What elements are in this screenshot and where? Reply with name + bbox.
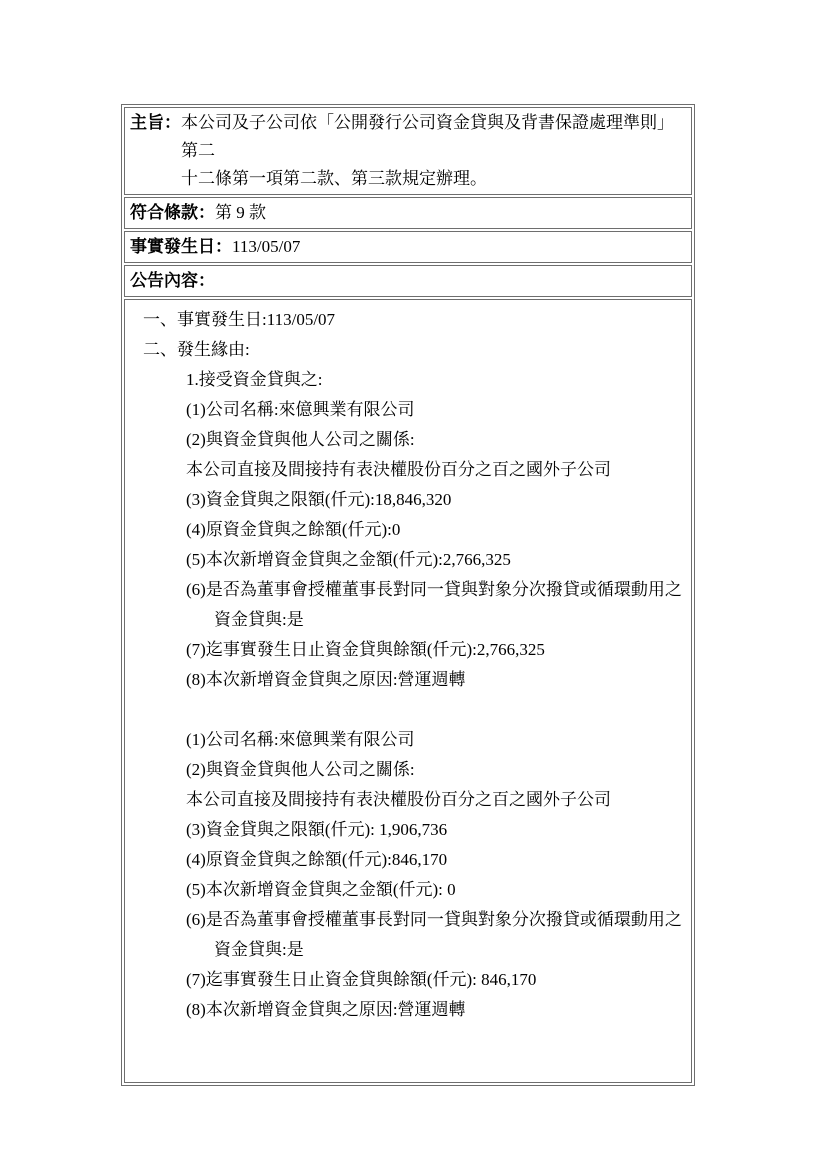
content-line: (2)與資金貸與他人公司之關係: — [130, 425, 686, 455]
content-line: (8)本次新增資金貸與之原因:營運週轉 — [130, 665, 686, 695]
matched-clause-value: 第 9 款 — [215, 203, 266, 222]
content-line: 資金貸與:是 — [130, 935, 686, 965]
content-line: (6)是否為董事會授權董事長對同一貸與對象分次撥貸或循環動用之 — [130, 575, 686, 605]
subject-label: 主旨： — [130, 109, 181, 193]
content-line — [130, 695, 686, 725]
content-line: (8)本次新增資金貸與之原因:營運週轉 — [130, 995, 686, 1025]
content-line: (6)是否為董事會授權董事長對同一貸與對象分次撥貸或循環動用之 — [130, 905, 686, 935]
content-line: (3)資金貸與之限額(仟元): 1,906,736 — [130, 815, 686, 845]
content-line: 一、事實發生日:113/05/07 — [130, 305, 686, 335]
content-line: (1)公司名稱:來億興業有限公司 — [130, 395, 686, 425]
content-line: 本公司直接及間接持有表決權股份百分之百之國外子公司 — [130, 785, 686, 815]
matched-clause-row: 符合條款：第 9 款 — [124, 197, 692, 229]
content-line: (3)資金貸與之限額(仟元):18,846,320 — [130, 485, 686, 515]
content-line: (7)迄事實發生日止資金貸與餘額(仟元):2,766,325 — [130, 635, 686, 665]
content-line: 資金貸與:是 — [130, 605, 686, 635]
matched-clause-label: 符合條款： — [130, 203, 215, 222]
content-line: (5)本次新增資金貸與之金額(仟元):2,766,325 — [130, 545, 686, 575]
content-line: (2)與資金貸與他人公司之關係: — [130, 755, 686, 785]
content-line: 1.接受資金貸與之: — [130, 365, 686, 395]
event-date-row: 事實發生日：113/05/07 — [124, 231, 692, 263]
content-line: 二、發生緣由: — [130, 335, 686, 365]
subject-row: 主旨： 本公司及子公司依「公開發行公司資金貸與及背書保證處理準則」第二 十二條第… — [124, 107, 692, 195]
announcement-header-label: 公告內容： — [130, 271, 215, 290]
announcement-header-row: 公告內容： — [124, 265, 692, 297]
content-line: 本公司直接及間接持有表決權股份百分之百之國外子公司 — [130, 455, 686, 485]
event-date-label: 事實發生日： — [130, 237, 232, 256]
subject-line-2: 十二條第一項第二款、第三款規定辦理。 — [181, 165, 686, 193]
subject-line-1: 本公司及子公司依「公開發行公司資金貸與及背書保證處理準則」第二 — [181, 109, 686, 165]
content-line: (4)原資金貸與之餘額(仟元):846,170 — [130, 845, 686, 875]
content-line: (1)公司名稱:來億興業有限公司 — [130, 725, 686, 755]
announcement-content: 一、事實發生日:113/05/07二、發生緣由:1.接受資金貸與之:(1)公司名… — [124, 299, 692, 1083]
announcement-table: 主旨： 本公司及子公司依「公開發行公司資金貸與及背書保證處理準則」第二 十二條第… — [121, 104, 695, 1086]
content-line: (4)原資金貸與之餘額(仟元):0 — [130, 515, 686, 545]
subject-text: 本公司及子公司依「公開發行公司資金貸與及背書保證處理準則」第二 十二條第一項第二… — [181, 109, 686, 193]
event-date-value: 113/05/07 — [232, 237, 300, 256]
content-line: (7)迄事實發生日止資金貸與餘額(仟元): 846,170 — [130, 965, 686, 995]
content-line: (5)本次新增資金貸與之金額(仟元): 0 — [130, 875, 686, 905]
